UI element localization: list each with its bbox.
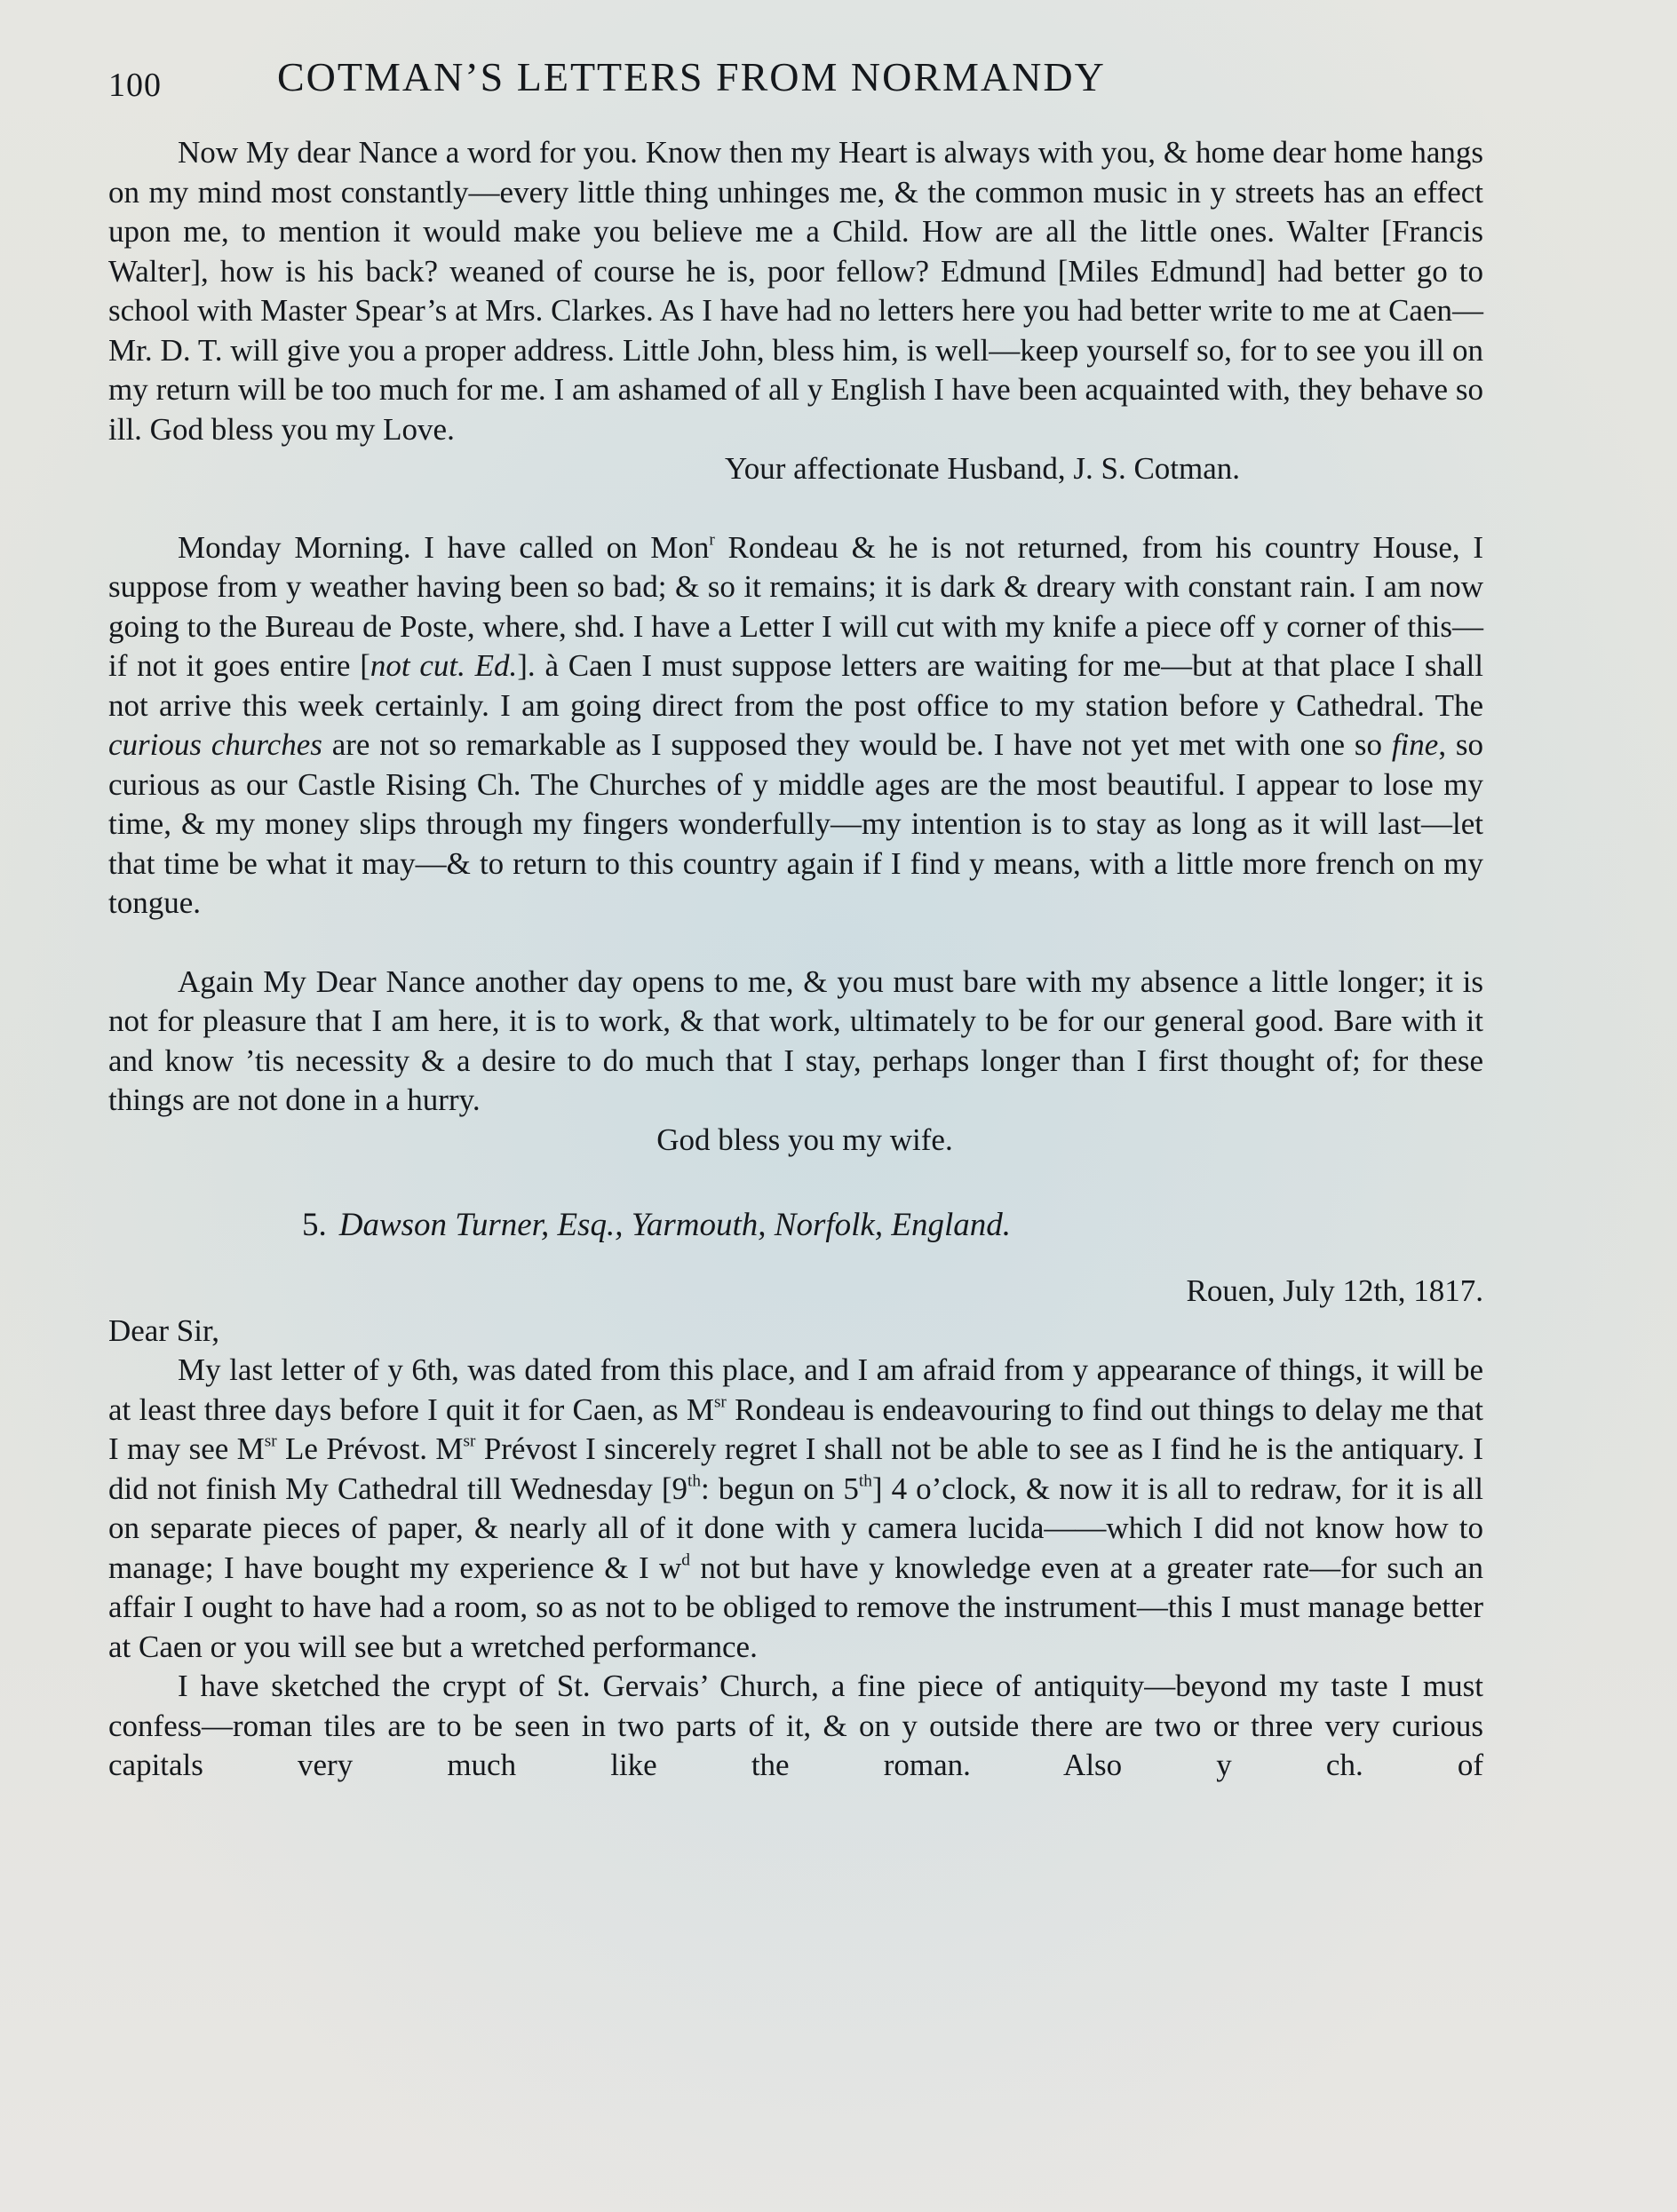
letter-number: 5. [302, 1207, 327, 1243]
dateline: Rouen, July 12th, 1817. [108, 1272, 1483, 1312]
paragraph-crypt: I have sketched the crypt of St. Gervais… [108, 1667, 1483, 1786]
book-page: 100 COTMAN’S LETTERS FROM NORMANDY Now M… [0, 0, 1677, 2212]
spacer [108, 1252, 1483, 1272]
superscript: sr [265, 1432, 277, 1451]
closing: God bless you my wife. [108, 1121, 1483, 1161]
signature: Your affectionate Husband, J. S. Cotman. [108, 449, 1483, 489]
page-number: 100 [108, 66, 162, 105]
superscript: th [859, 1471, 872, 1490]
paragraph-again: Again My Dear Nance another day opens to… [108, 963, 1483, 1121]
spacer [108, 1160, 1483, 1199]
paragraph-nance: Now My dear Nance a word for you. Know t… [108, 133, 1483, 449]
page-header: 100 COTMAN’S LETTERS FROM NORMANDY [108, 53, 1483, 107]
running-title: COTMAN’S LETTERS FROM NORMANDY [277, 53, 1106, 100]
text-run: are not so remarkable as I supposed they… [322, 727, 1392, 762]
superscript: d [681, 1550, 690, 1569]
text-run: Le Prévost. M [277, 1431, 464, 1466]
superscript: sr [464, 1432, 476, 1451]
spacer [108, 489, 1483, 528]
paragraph-last-letter: My last letter of y 6th, was dated from … [108, 1351, 1483, 1667]
italic-text: curious churches [108, 727, 322, 762]
paragraph-monday-morning: Monday Morning. I have called on Monr Ro… [108, 528, 1483, 924]
text-run: : begun on 5 [701, 1471, 859, 1506]
text-run: Monday Morning. I have called on Mon [178, 530, 709, 565]
italic-text: fine [1392, 727, 1438, 762]
superscript: sr [714, 1392, 727, 1411]
letter-address: Dawson Turner, Esq., Yarmouth, Norfolk, … [339, 1207, 1011, 1243]
spacer [108, 924, 1483, 963]
page-body: Now My dear Nance a word for you. Know t… [108, 133, 1483, 1786]
salutation: Dear Sir, [108, 1312, 1483, 1352]
superscript: th [687, 1471, 701, 1490]
letter-heading: 5.Dawson Turner, Esq., Yarmouth, Norfolk… [108, 1199, 1483, 1252]
italic-text: not cut. Ed. [370, 648, 517, 683]
